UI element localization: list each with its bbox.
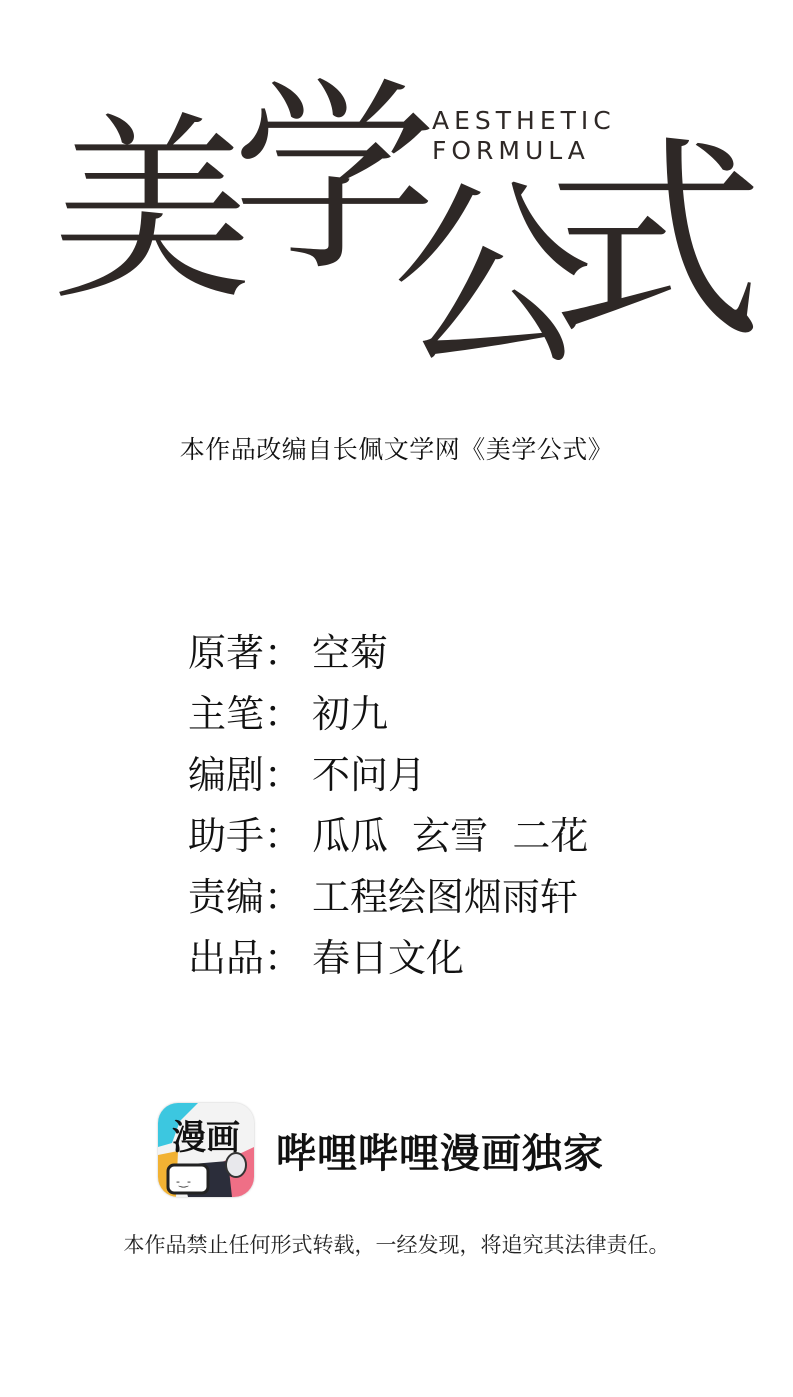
logo-english-line-2: FORMULA bbox=[432, 136, 616, 166]
credit-row-lead-artist: 主笔：初九 bbox=[188, 689, 588, 750]
credit-label: 原著： bbox=[188, 628, 312, 678]
credits-list: 原著：空菊 主笔：初九 编剧：不问月 助手：瓜瓜 玄雪 二花 责编：工程绘图烟雨… bbox=[188, 628, 588, 994]
credit-value: 瓜瓜 玄雪 二花 bbox=[312, 814, 588, 858]
credit-row-editor: 责编：工程绘图烟雨轩 bbox=[188, 872, 588, 933]
credit-value: 不问月 bbox=[312, 753, 426, 797]
logo-english-subtitle: AESTHETIC FORMULA bbox=[432, 106, 616, 166]
credit-label: 出品： bbox=[188, 933, 312, 983]
credit-label: 编剧： bbox=[188, 750, 312, 800]
credit-row-assistants: 助手：瓜瓜 玄雪 二花 bbox=[188, 811, 588, 872]
logo-char-1: 美 bbox=[52, 112, 252, 312]
bilibili-manga-app-icon: ‑ ͜ ‑ 漫画 bbox=[158, 1103, 254, 1197]
credit-row-original-author: 原著：空菊 bbox=[188, 628, 588, 689]
logo-char-4: 式 bbox=[548, 135, 763, 350]
logo-english-line-1: AESTHETIC bbox=[432, 106, 616, 136]
title-logo: 美 学 公 式 AESTHETIC FORMULA bbox=[0, 0, 793, 400]
svg-text:‑ ͜ ‑: ‑ ͜ ‑ bbox=[176, 1175, 191, 1188]
credit-value: 工程绘图烟雨轩 bbox=[312, 875, 578, 919]
credit-value: 初九 bbox=[312, 692, 388, 736]
credit-row-producer: 出品：春日文化 bbox=[188, 933, 588, 994]
credit-label: 助手： bbox=[188, 811, 312, 861]
credit-label: 主笔： bbox=[188, 689, 312, 739]
platform-brand: ‑ ͜ ‑ 漫画 哔哩哔哩漫画独家 bbox=[158, 1103, 604, 1197]
credit-row-screenwriter: 编剧：不问月 bbox=[188, 750, 588, 811]
credit-value: 空菊 bbox=[312, 631, 388, 675]
adaptation-note: 本作品改编自长佩文学网《美学公式》 bbox=[0, 430, 793, 466]
credit-label: 责编： bbox=[188, 872, 312, 922]
copyright-disclaimer: 本作品禁止任何形式转载，一经发现，将追究其法律责任。 bbox=[0, 1229, 793, 1259]
svg-text:漫画: 漫画 bbox=[172, 1118, 240, 1158]
credit-value: 春日文化 bbox=[312, 936, 464, 980]
brand-exclusive-text: 哔哩哔哩漫画独家 bbox=[276, 1122, 604, 1179]
